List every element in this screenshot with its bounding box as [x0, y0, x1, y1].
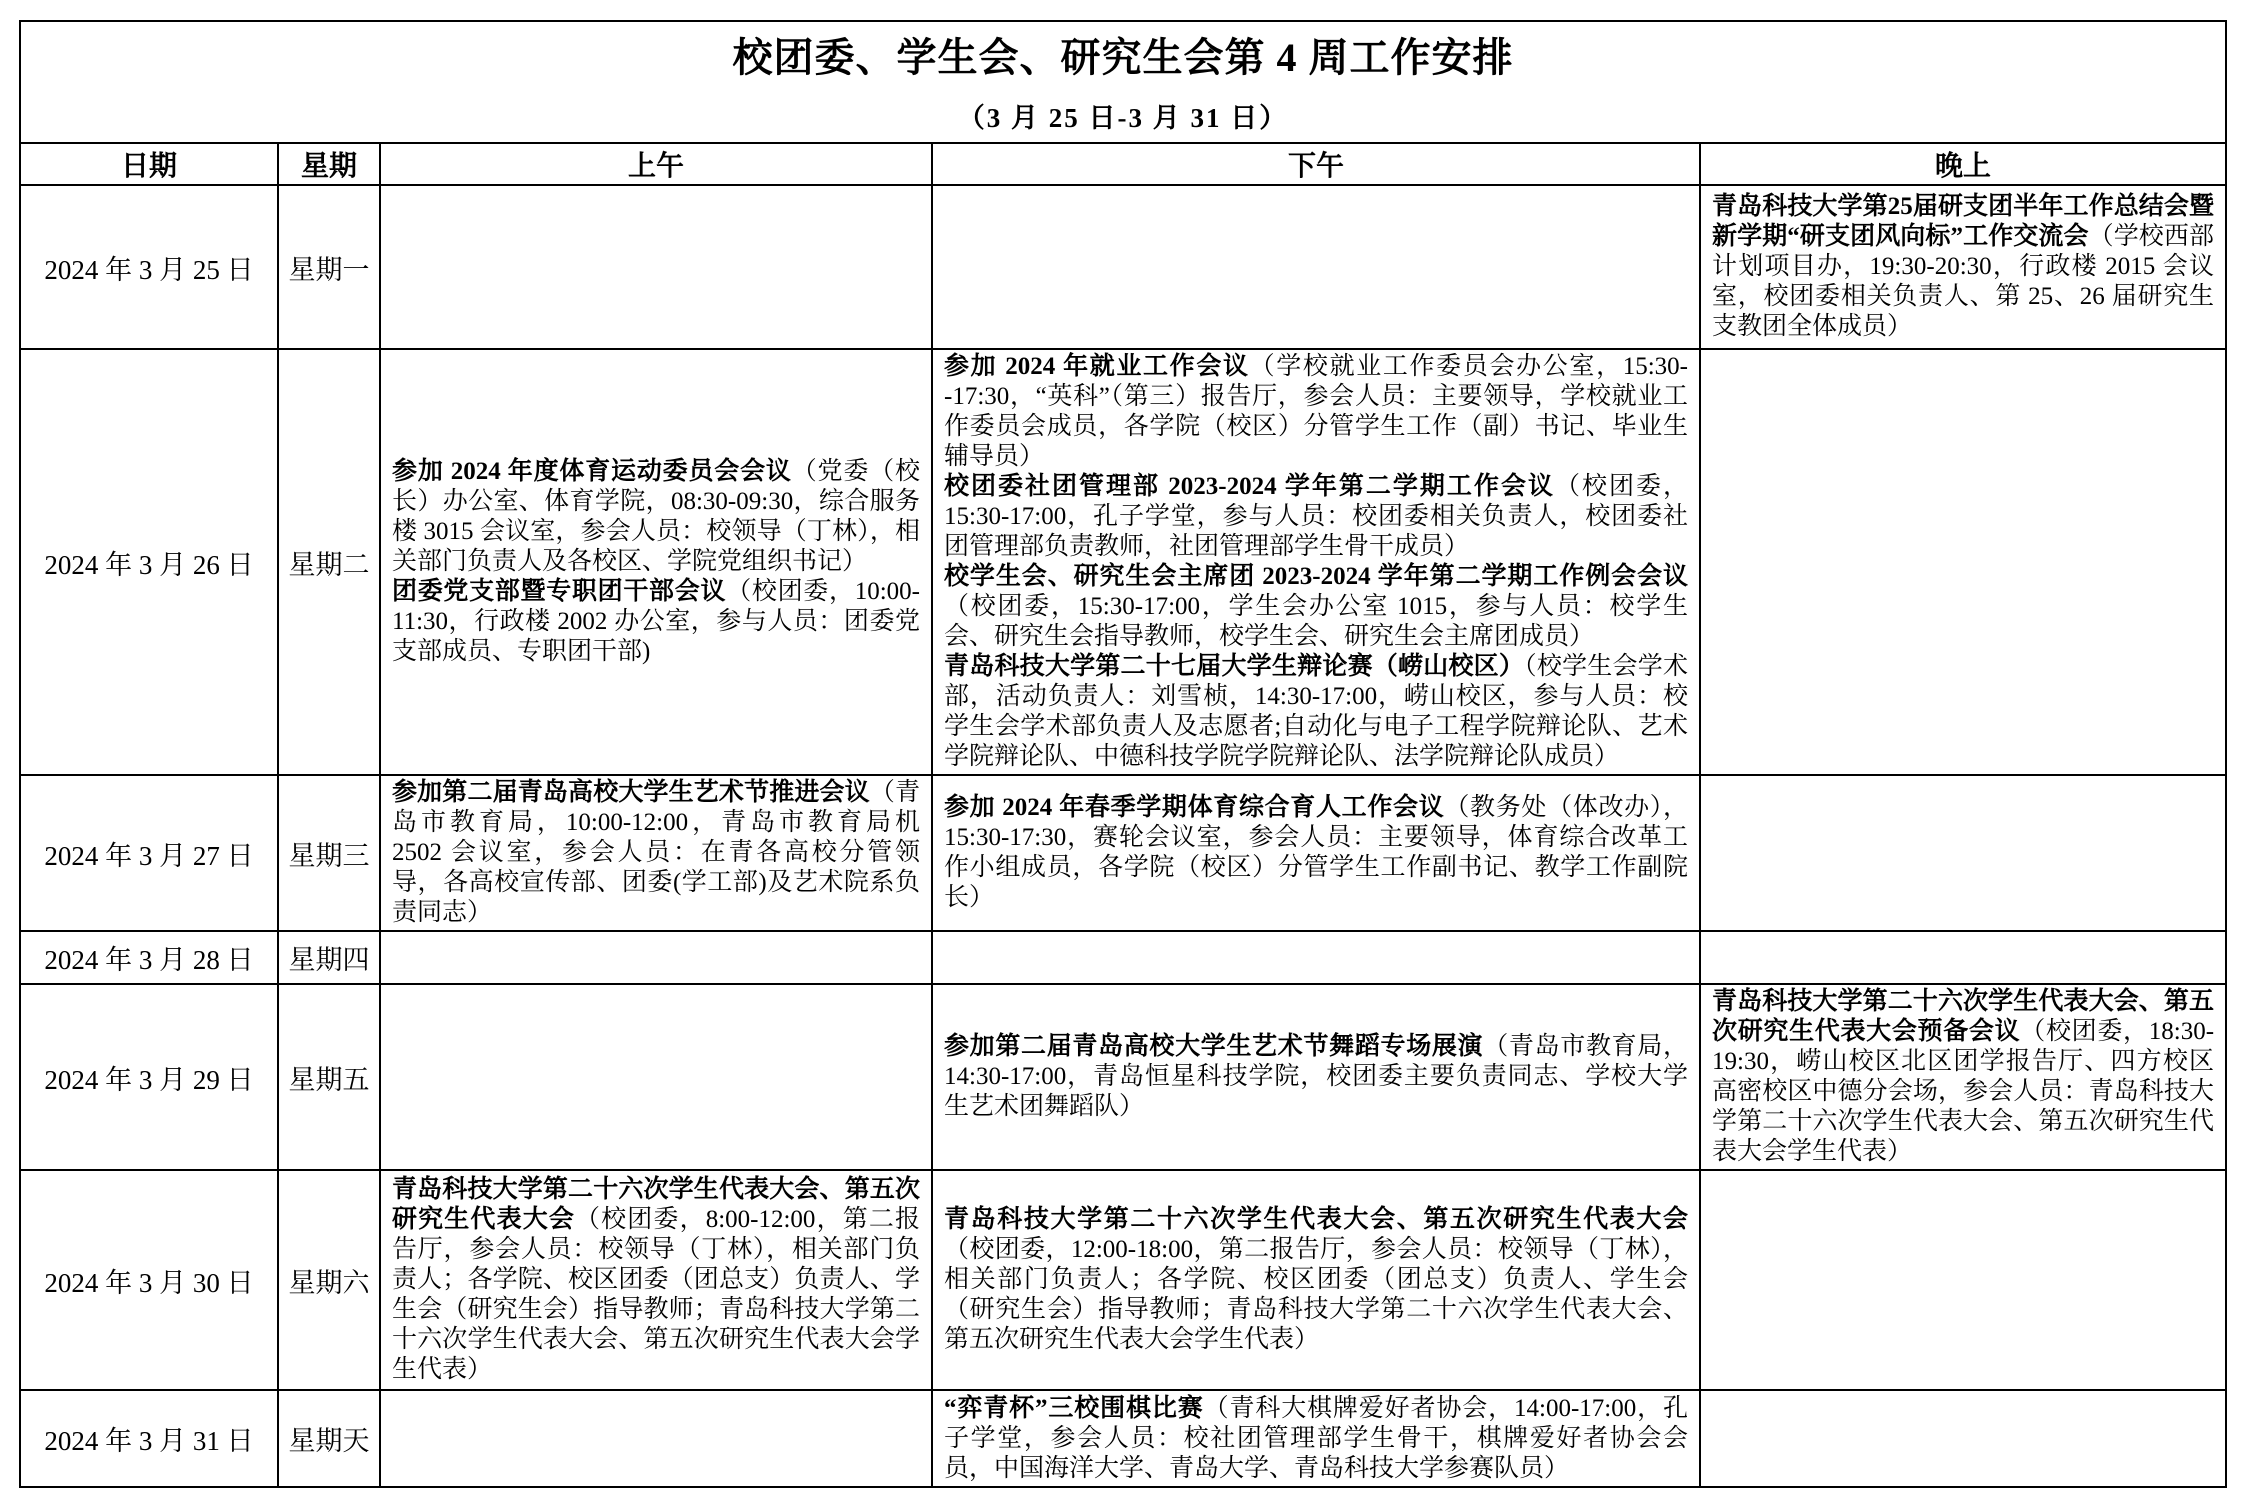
- table-row: 2024 年 3 月 29 日 星期五 参加第二届青岛高校大学生艺术节舞蹈专场展…: [20, 984, 2226, 1170]
- evening-cell: [1700, 931, 2226, 984]
- event-entry: “弈青杯”三校围棋比赛（青科大棋牌爱好者协会，14:00-17:00，孔子学堂，…: [944, 1394, 1688, 1484]
- evening-cell: [1700, 1170, 2226, 1390]
- date-cell: 2024 年 3 月 29 日: [20, 984, 278, 1170]
- column-header-evening: 晚上: [1700, 143, 2226, 185]
- page-title: 校团委、学生会、研究生会第 4 周工作安排: [21, 30, 2225, 86]
- event-title: 参加 2024 年就业工作会议: [944, 353, 1250, 380]
- afternoon-cell: 参加 2024 年春季学期体育综合育人工作会议（教务处（体改办），15:30-1…: [932, 775, 1700, 931]
- column-header-afternoon: 下午: [932, 143, 1700, 185]
- evening-cell: [1700, 1390, 2226, 1487]
- table-row: 2024 年 3 月 25 日 星期一 青岛科技大学第25届研支团半年工作总结会…: [20, 185, 2226, 349]
- week-cell: 星期一: [278, 185, 380, 349]
- morning-cell: 青岛科技大学第二十六次学生代表大会、第五次研究生代表大会（校团委，8:00-12…: [380, 1170, 932, 1390]
- event-entry: 校团委社团管理部 2023-2024 学年第二学期工作会议（校团委，15:30-…: [944, 472, 1688, 562]
- event-entry: 参加 2024 年度体育运动委员会会议（党委（校长）办公室、体育学院，08:30…: [392, 457, 920, 577]
- column-header-week: 星期: [278, 143, 380, 185]
- afternoon-cell: [932, 185, 1700, 349]
- morning-cell: [380, 1390, 932, 1487]
- event-title: 参加 2024 年度体育运动委员会会议: [392, 458, 792, 485]
- event-entry: 校学生会、研究生会主席团 2023-2024 学年第二学期工作例会会议（校团委，…: [944, 562, 1688, 652]
- date-cell: 2024 年 3 月 25 日: [20, 185, 278, 349]
- schedule-table: 校团委、学生会、研究生会第 4 周工作安排 （3 月 25 日-3 月 31 日…: [19, 20, 2227, 1488]
- event-title: 团委党支部暨专职团干部会议: [392, 578, 726, 605]
- week-cell: 星期六: [278, 1170, 380, 1390]
- morning-cell: [380, 185, 932, 349]
- event-title: 青岛科技大学第二十七届大学生辩论赛（崂山校区）: [944, 653, 1524, 680]
- event-entry: 青岛科技大学第二十六次学生代表大会、第五次研究生代表大会（校团委，12:00-1…: [944, 1205, 1688, 1355]
- evening-cell: 青岛科技大学第25届研支团半年工作总结会暨新学期“研支团风向标”工作交流会（学校…: [1700, 185, 2226, 349]
- event-title: 参加 2024 年春季学期体育综合育人工作会议: [944, 794, 1444, 821]
- event-entry: 参加 2024 年就业工作会议（学校就业工作委员会办公室，15:30--17:3…: [944, 352, 1688, 472]
- header-row: 日期 星期 上午 下午 晚上: [20, 143, 2226, 185]
- event-entry: 参加 2024 年春季学期体育综合育人工作会议（教务处（体改办），15:30-1…: [944, 793, 1688, 913]
- morning-cell: [380, 931, 932, 984]
- week-cell: 星期三: [278, 775, 380, 931]
- title-cell: 校团委、学生会、研究生会第 4 周工作安排 （3 月 25 日-3 月 31 日…: [20, 21, 2226, 143]
- column-header-date: 日期: [20, 143, 278, 185]
- date-cell: 2024 年 3 月 30 日: [20, 1170, 278, 1390]
- table-row: 2024 年 3 月 31 日 星期天 “弈青杯”三校围棋比赛（青科大棋牌爱好者…: [20, 1390, 2226, 1487]
- week-cell: 星期二: [278, 349, 380, 775]
- date-cell: 2024 年 3 月 27 日: [20, 775, 278, 931]
- week-cell: 星期四: [278, 931, 380, 984]
- event-title: “弈青杯”三校围棋比赛: [944, 1395, 1204, 1422]
- event-entry: 青岛科技大学第二十六次学生代表大会、第五次研究生代表大会（校团委，8:00-12…: [392, 1175, 920, 1385]
- event-title: 校团委社团管理部 2023-2024 学年第二学期工作会议: [944, 473, 1555, 500]
- date-cell: 2024 年 3 月 26 日: [20, 349, 278, 775]
- evening-cell: [1700, 775, 2226, 931]
- afternoon-cell: [932, 931, 1700, 984]
- event-detail: （校团委，12:00-18:00，第二报告厅，参会人员：校领导（丁林），相关部门…: [944, 1236, 1688, 1353]
- event-title: 校学生会、研究生会主席团 2023-2024 学年第二学期工作例会会议: [944, 563, 1688, 590]
- evening-cell: [1700, 349, 2226, 775]
- event-title: 青岛科技大学第二十六次学生代表大会、第五次研究生代表大会: [944, 1206, 1688, 1233]
- table-row: 2024 年 3 月 28 日 星期四: [20, 931, 2226, 984]
- event-entry: 青岛科技大学第25届研支团半年工作总结会暨新学期“研支团风向标”工作交流会（学校…: [1712, 192, 2214, 342]
- week-cell: 星期五: [278, 984, 380, 1170]
- event-title: 参加第二届青岛高校大学生艺术节舞蹈专场展演: [944, 1033, 1483, 1060]
- event-entry: 参加第二届青岛高校大学生艺术节推进会议（青岛市教育局，10:00-12:00，青…: [392, 778, 920, 928]
- date-cell: 2024 年 3 月 31 日: [20, 1390, 278, 1487]
- date-cell: 2024 年 3 月 28 日: [20, 931, 278, 984]
- afternoon-cell: 参加第二届青岛高校大学生艺术节舞蹈专场展演（青岛市教育局，14:30-17:00…: [932, 984, 1700, 1170]
- event-entry: 青岛科技大学第二十七届大学生辩论赛（崂山校区）（校学生会学术部，活动负责人：刘雪…: [944, 652, 1688, 772]
- title-row: 校团委、学生会、研究生会第 4 周工作安排 （3 月 25 日-3 月 31 日…: [20, 21, 2226, 143]
- page-subtitle: （3 月 25 日-3 月 31 日）: [21, 96, 2225, 135]
- table-row: 2024 年 3 月 26 日 星期二 参加 2024 年度体育运动委员会会议（…: [20, 349, 2226, 775]
- event-entry: 团委党支部暨专职团干部会议（校团委，10:00-11:30，行政楼 2002 办…: [392, 577, 920, 667]
- event-detail: （校团委，15:30-17:00，学生会办公室 1015，参与人员：校学生会、研…: [944, 593, 1688, 650]
- event-title: 参加第二届青岛高校大学生艺术节推进会议: [392, 779, 870, 806]
- morning-cell: 参加第二届青岛高校大学生艺术节推进会议（青岛市教育局，10:00-12:00，青…: [380, 775, 932, 931]
- morning-cell: [380, 984, 932, 1170]
- table-row: 2024 年 3 月 27 日 星期三 参加第二届青岛高校大学生艺术节推进会议（…: [20, 775, 2226, 931]
- evening-cell: 青岛科技大学第二十六次学生代表大会、第五次研究生代表大会预备会议（校团委，18:…: [1700, 984, 2226, 1170]
- event-entry: 青岛科技大学第二十六次学生代表大会、第五次研究生代表大会预备会议（校团委，18:…: [1712, 987, 2214, 1167]
- event-entry: 参加第二届青岛高校大学生艺术节舞蹈专场展演（青岛市教育局，14:30-17:00…: [944, 1032, 1688, 1122]
- afternoon-cell: 参加 2024 年就业工作会议（学校就业工作委员会办公室，15:30--17:3…: [932, 349, 1700, 775]
- schedule-sheet: 校团委、学生会、研究生会第 4 周工作安排 （3 月 25 日-3 月 31 日…: [0, 0, 2245, 1488]
- column-header-morning: 上午: [380, 143, 932, 185]
- week-cell: 星期天: [278, 1390, 380, 1487]
- afternoon-cell: “弈青杯”三校围棋比赛（青科大棋牌爱好者协会，14:00-17:00，孔子学堂，…: [932, 1390, 1700, 1487]
- afternoon-cell: 青岛科技大学第二十六次学生代表大会、第五次研究生代表大会（校团委，12:00-1…: [932, 1170, 1700, 1390]
- table-row: 2024 年 3 月 30 日 星期六 青岛科技大学第二十六次学生代表大会、第五…: [20, 1170, 2226, 1390]
- morning-cell: 参加 2024 年度体育运动委员会会议（党委（校长）办公室、体育学院，08:30…: [380, 349, 932, 775]
